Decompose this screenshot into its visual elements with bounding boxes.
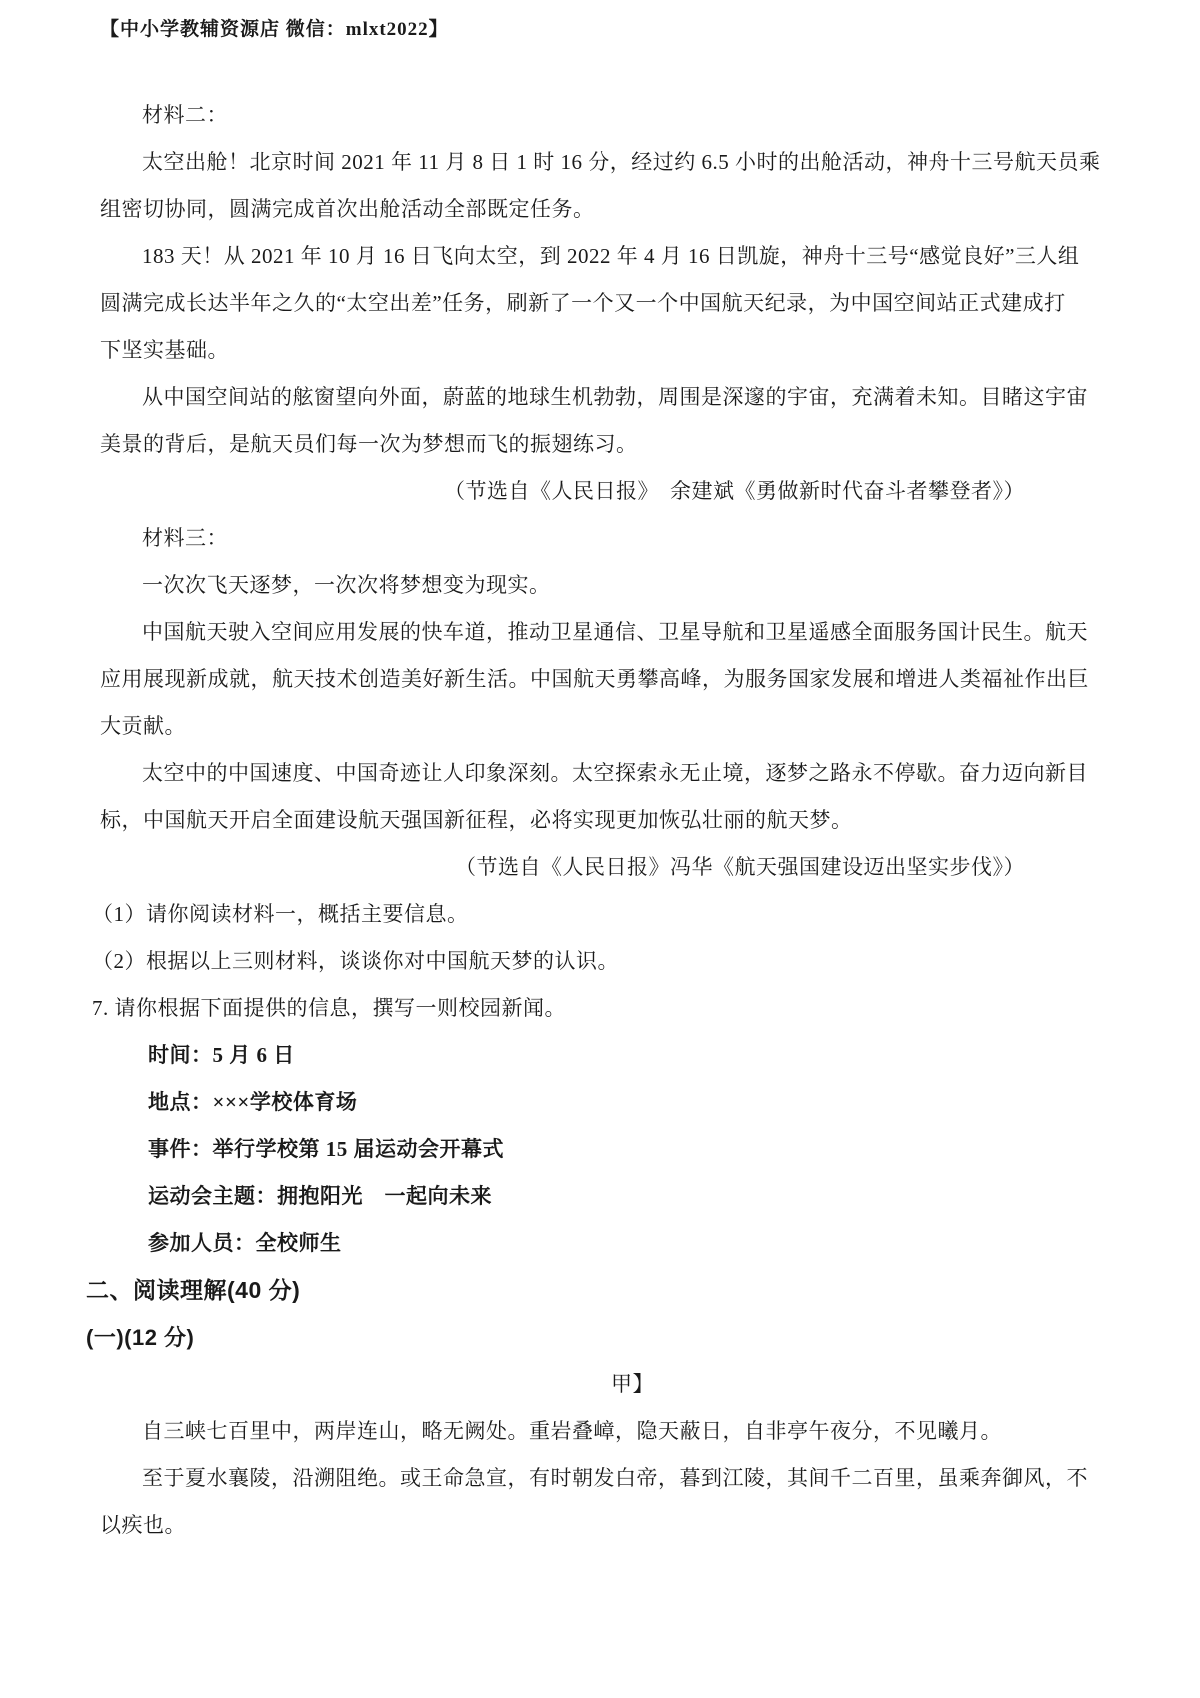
paragraph-line: 自三峡七百里中，两岸连山，略无阙处。重岩叠嶂，隐天蔽日，自非亭午夜分，不见曦月。 — [100, 1408, 1025, 1455]
paragraph-line: 至于夏水襄陵，沿溯阻绝。或王命急宣，有时朝发白帝，暮到江陵，其间千二百里，虽乘奔… — [100, 1455, 1025, 1502]
paragraph-line: 组密切协同，圆满完成首次出舱活动全部既定任务。 — [100, 186, 1025, 233]
store-watermark: 【中小学教辅资源店 微信：mlxt2022】 — [100, 14, 449, 41]
info-label-line: 事件：举行学校第 15 届运动会开幕式 — [100, 1126, 1025, 1173]
citation-line: （节选自《人民日报》 余建斌《勇做新时代奋斗者攀登者》） — [100, 468, 1025, 515]
question-line: 7. 请你根据下面提供的信息，撰写一则校园新闻。 — [92, 985, 1025, 1032]
paragraph-line: 太空中的中国速度、中国奇迹让人印象深刻。太空探索永无止境，逐梦之路永不停歇。奋力… — [100, 750, 1025, 797]
question-line: （1）请你阅读材料一，概括主要信息。 — [92, 891, 1025, 938]
paragraph-line: 一次次飞天逐梦，一次次将梦想变为现实。 — [100, 562, 1025, 609]
citation-line: （节选自《人民日报》冯华《航天强国建设迈出坚实步伐》） — [100, 844, 1025, 891]
paragraph-line: 下坚实基础。 — [100, 327, 1025, 374]
paragraph-line: 太空出舱！北京时间 2021 年 11 月 8 日 1 时 16 分，经过约 6… — [100, 139, 1025, 186]
info-label-line: 运动会主题：拥抱阳光 一起向未来 — [100, 1173, 1025, 1220]
paragraph-line: 标，中国航天开启全面建设航天强国新征程，必将实现更加恢弘壮丽的航天梦。 — [100, 797, 1025, 844]
info-label-line: 参加人员：全校师生 — [100, 1220, 1025, 1267]
paragraph-line: 以疾也。 — [100, 1502, 1025, 1549]
section-heading: 二、阅读理解(40 分) — [86, 1267, 1025, 1314]
paragraph-line: 美景的背后，是航天员们每一次为梦想而飞的振翅练习。 — [100, 421, 1025, 468]
paragraph-line: 183 天！从 2021 年 10 月 16 日飞向太空，到 2022 年 4 … — [100, 233, 1025, 280]
paragraph-line: 大贡献。 — [100, 703, 1025, 750]
paragraph-line: 应用展现新成就，航天技术创造美好新生活。中国航天勇攀高峰，为服务国家发展和增进人… — [100, 656, 1025, 703]
passage-marker: 甲】 — [100, 1361, 1025, 1408]
paragraph-line: 中国航天驶入空间应用发展的快车道，推动卫星通信、卫星导航和卫星遥感全面服务国计民… — [100, 609, 1025, 656]
info-label-line: 地点：×××学校体育场 — [100, 1079, 1025, 1126]
exam-document-page: 【中小学教辅资源店 微信：mlxt2022】 材料二：太空出舱！北京时间 202… — [0, 0, 1200, 1698]
subsection-heading: (一)(12 分) — [86, 1314, 1025, 1361]
paragraph-line: 材料三： — [100, 515, 1025, 562]
paragraph-line: 从中国空间站的舷窗望向外面，蔚蓝的地球生机勃勃，周围是深邃的宇宙，充满着未知。目… — [100, 374, 1025, 421]
document-body: 材料二：太空出舱！北京时间 2021 年 11 月 8 日 1 时 16 分，经… — [100, 92, 1025, 1549]
paragraph-line: 圆满完成长达半年之久的“太空出差”任务，刷新了一个又一个中国航天纪录，为中国空间… — [100, 280, 1025, 327]
info-label-line: 时间：5 月 6 日 — [100, 1032, 1025, 1079]
question-line: （2）根据以上三则材料，谈谈你对中国航天梦的认识。 — [92, 938, 1025, 985]
paragraph-line: 材料二： — [100, 92, 1025, 139]
